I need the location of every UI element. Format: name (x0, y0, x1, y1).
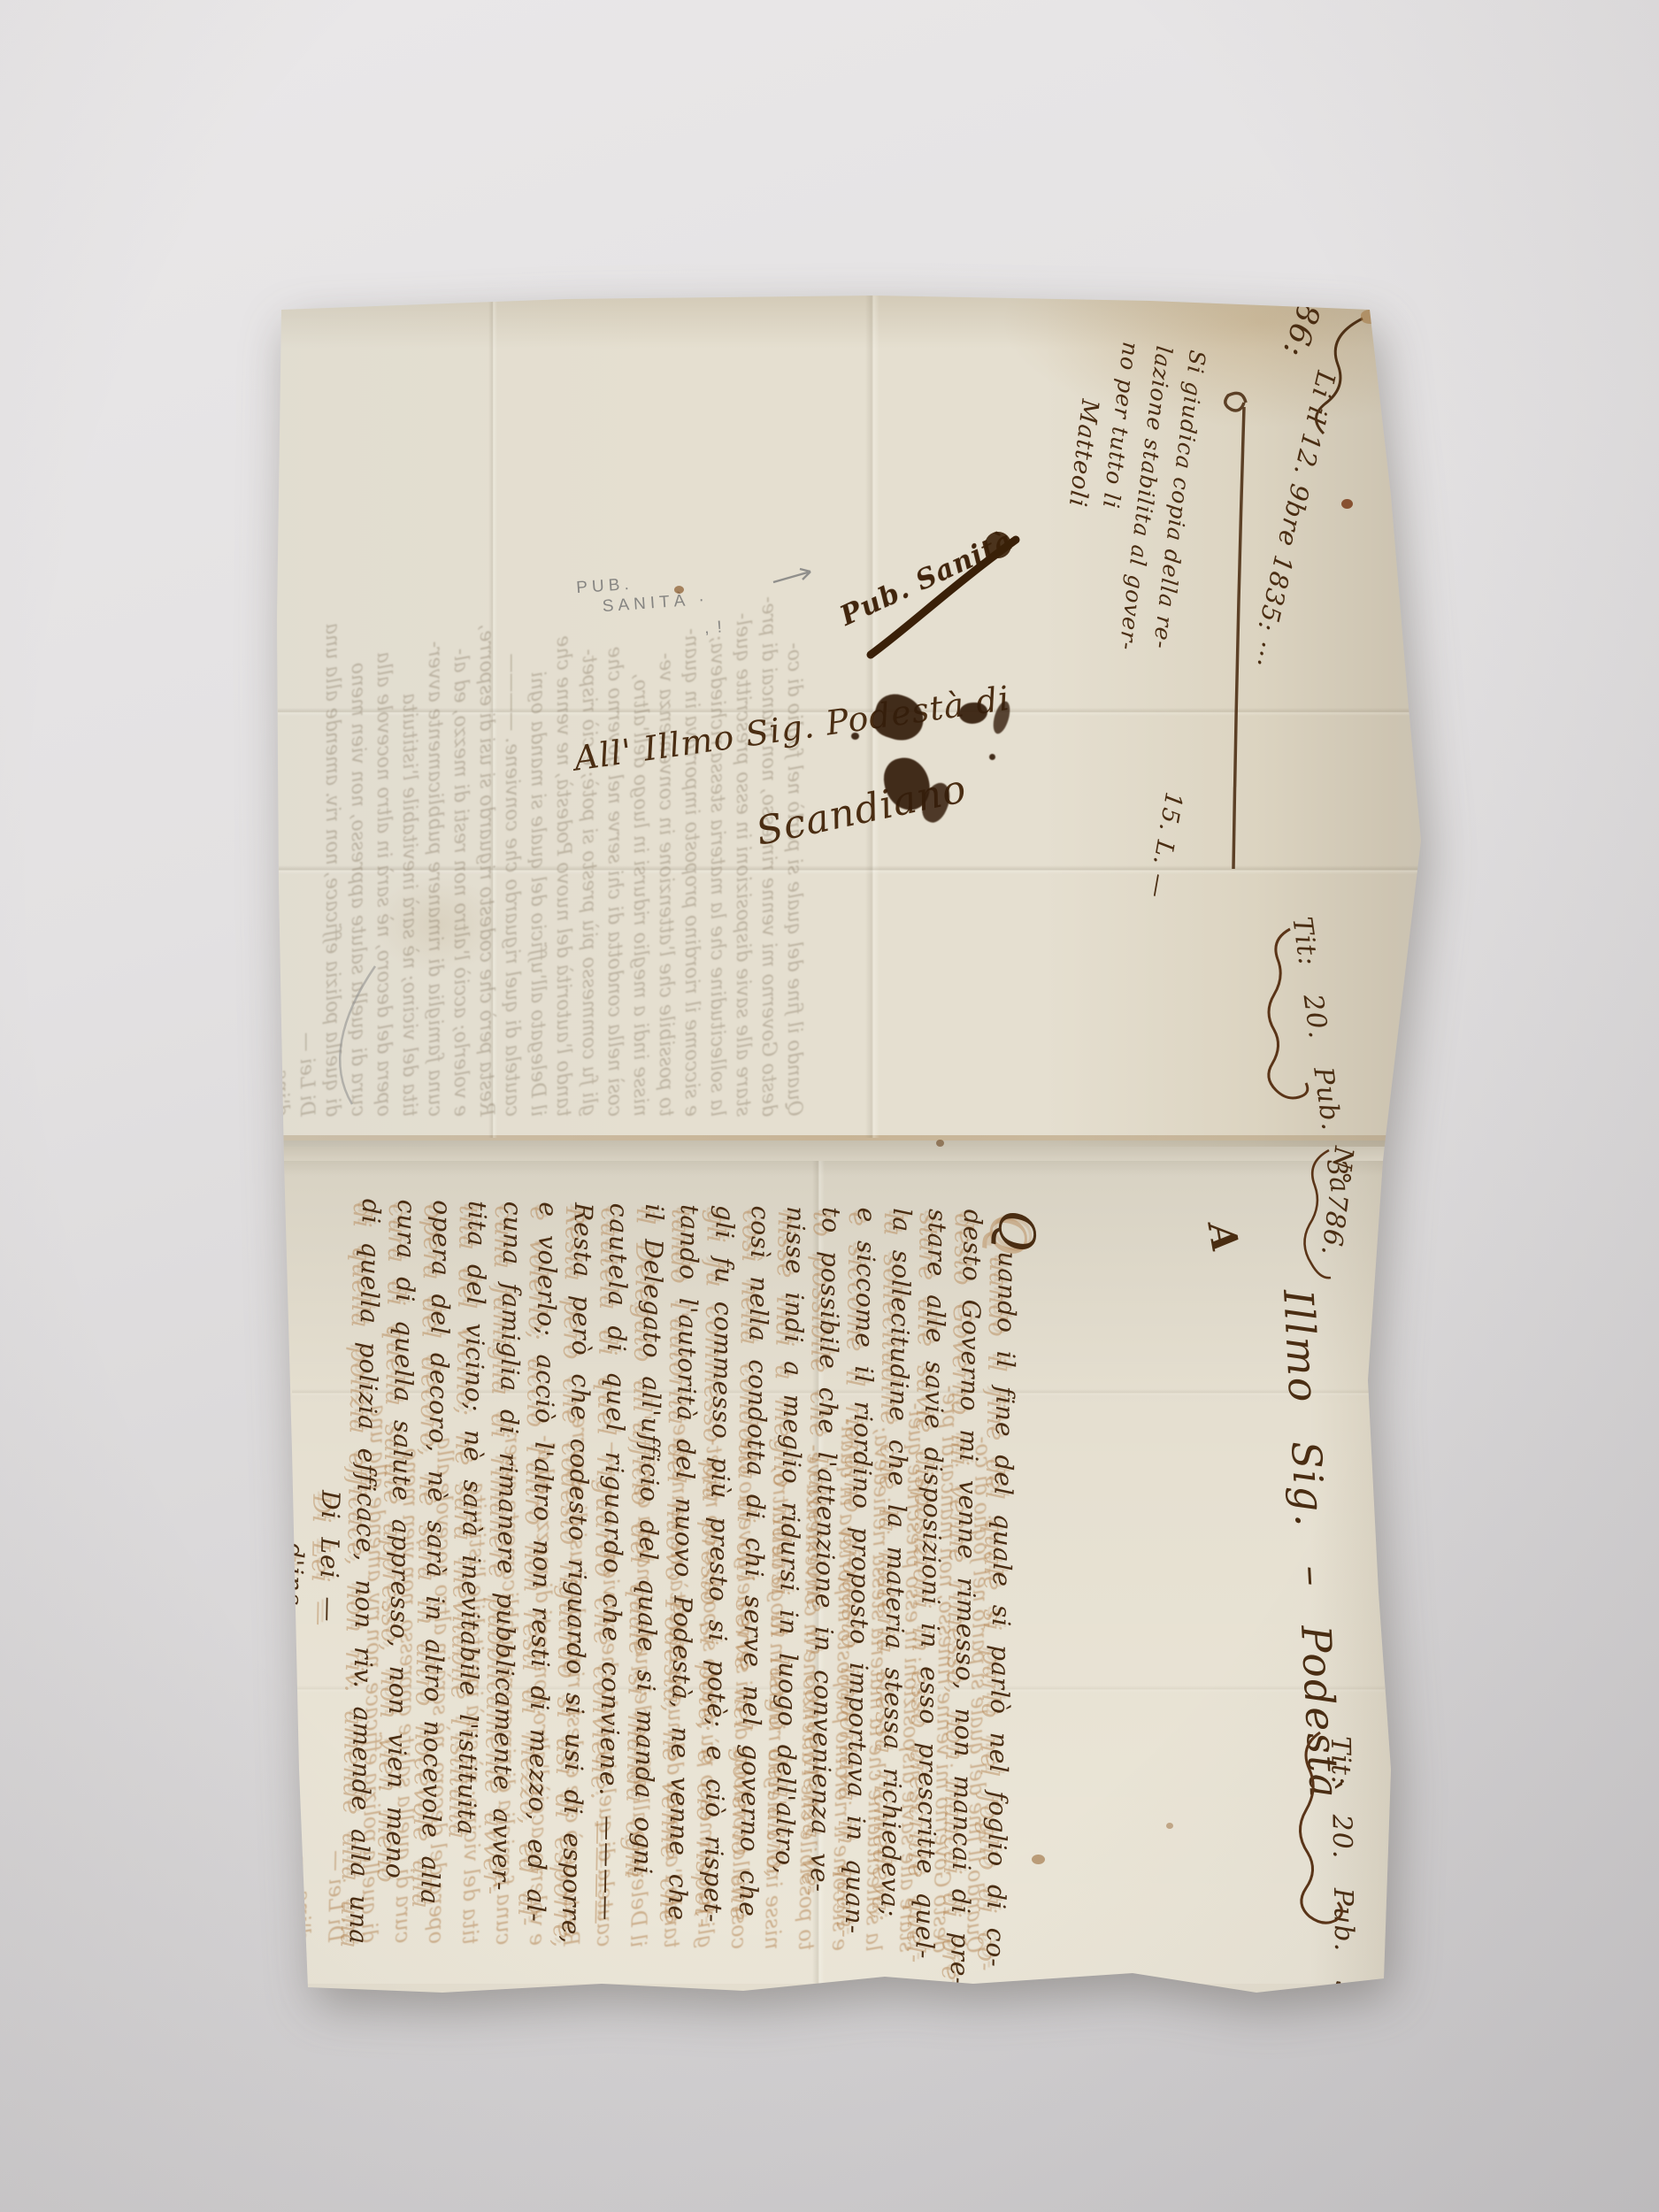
ghost-line: Di Lei — (294, 596, 319, 1117)
pencil-arrow-icon (773, 569, 810, 582)
paper-shadow: Quando il fine del quale si parlò nel fo… (0, 0, 1659, 2212)
ghost-line: cura di quella salute appresso, non vien… (345, 596, 371, 1117)
ghost-line: d'ins. — (268, 596, 294, 1117)
ghost-line: gli fu commesso più presto si potè; e ci… (576, 596, 602, 1117)
ghost-line: il Delegato all'ufficio del quale si man… (525, 596, 550, 1117)
ghost-line: desto Governo mi venne rimesso, non manc… (756, 596, 781, 1117)
ghost-line: tando l'autorità del nuovo Podestà, ne v… (550, 596, 576, 1117)
ghost-line: Quando il fine del quale si parlò nel fo… (781, 596, 807, 1117)
ink-endorsement: Pub. Sanità (835, 525, 1018, 633)
ghost-line: cuna famiglia di rimanere pubblicamente … (422, 596, 448, 1117)
ink-spatter-dot (851, 733, 859, 740)
ghost-line: e siccome il riordino proposto importava… (679, 596, 704, 1117)
ghost-line: nisse indi a meglio ridursi in luogo del… (627, 596, 653, 1117)
ghost-line: stare alle savie disposizioni in esso pr… (730, 596, 756, 1117)
body-line: d'ins. — (269, 1542, 312, 1975)
registry-fee: 15. L. — (1141, 790, 1187, 901)
registry-date: Li il 12. 9bre 1835: ··· (1244, 368, 1341, 670)
page-mark: A (1200, 1219, 1248, 1256)
ghost-line: cautela di quel riguardo che conviene. —… (499, 596, 525, 1117)
pencil-marks: , ! (703, 617, 724, 638)
stain-speck (1032, 1855, 1045, 1864)
stain-speck (1361, 310, 1384, 324)
folded-letter-sheet: Quando il fine del quale si parlò nel fo… (0, 0, 1659, 2212)
letter-header: Illmo Sig. – Podestà (1274, 1288, 1348, 1801)
ghost-line: e volerlo; acciò l'altro non resti di me… (448, 596, 473, 1117)
registry-number: N° 786: (1275, 220, 1352, 363)
photo-of-letter: Quando il fine del quale si parlò nel fo… (0, 0, 1659, 2212)
ghost-line: così nella condotta di chi serve nel gov… (602, 596, 627, 1117)
ghost-line: to possibile che l'attenzione in conveni… (653, 596, 679, 1117)
ghost-line: di quella polizia efficace, non riv. ame… (319, 596, 345, 1117)
stain-speck (674, 586, 684, 594)
stain-speck (1166, 1823, 1173, 1829)
fold-annotation-lower: Tit: 20. Pub. 3a (1325, 1736, 1360, 2016)
shade-top-edge (277, 296, 1423, 349)
stain-speck (1341, 499, 1353, 509)
ghost-line: Resta però che codesto riguardo si usi d… (473, 596, 499, 1117)
fold-line (265, 1135, 1425, 1141)
fold-shadow (265, 1141, 1425, 1176)
ghost-line: opera del decoro, nè sarà in altro nocev… (371, 596, 396, 1117)
ghost-line: la sollecitudine che la materia stessa r… (704, 596, 730, 1117)
registry-note: Si giudica copia della re-lazione stabil… (1043, 335, 1214, 657)
registry-separator-flourish (1225, 393, 1246, 869)
bleedthrough-text-upper: Quando il fine del quale si parlò nel fo… (268, 596, 807, 1117)
ghost-line: tita del vicino; nè sarà inevitabile l'i… (396, 596, 422, 1117)
stain-speck (936, 1140, 944, 1147)
letter-body: Quando il fine del quale si parlò nel fo… (269, 1197, 1033, 1987)
ink-spatter-dot (989, 754, 995, 760)
